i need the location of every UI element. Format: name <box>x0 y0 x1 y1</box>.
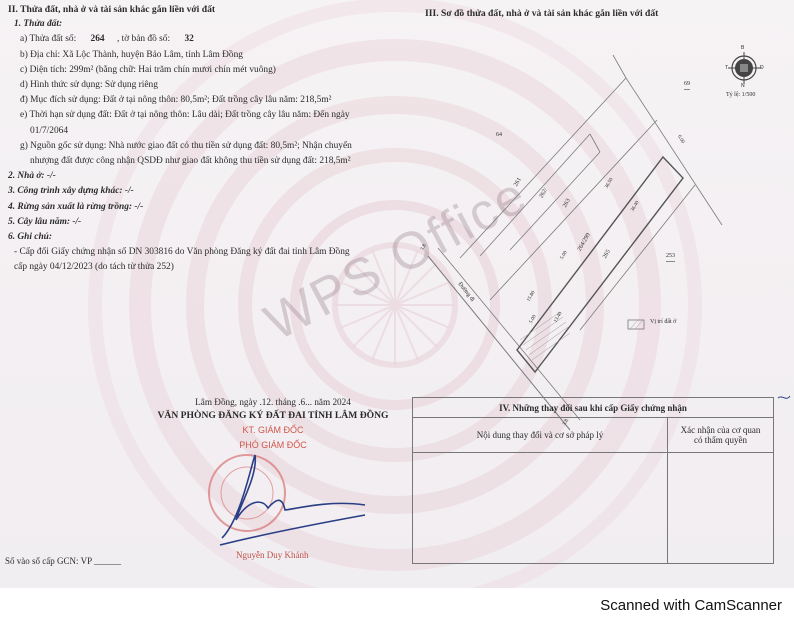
address-line: b) Địa chỉ: Xã Lộc Thành, huyện Bảo Lâm,… <box>8 48 352 63</box>
parcel-line: a) Thửa đất số: 264 , tờ bản đồ số: 32 <box>8 32 352 47</box>
parcel-label-253: 253 <box>666 252 675 262</box>
section-2: II. Thửa đất, nhà ở và tài sản khác gắn … <box>8 2 352 276</box>
changes-table: IV. Những thay đổi sau khi cấp Giấy chứn… <box>412 397 774 564</box>
map-sheet-number: 32 <box>184 34 193 44</box>
section-2-title: II. Thửa đất, nhà ở và tài sản khác gắn … <box>8 2 352 17</box>
certificate-page: WPS Office II. Thửa đất, nhà ở và tài sả… <box>0 0 794 588</box>
changes-table-title: IV. Những thay đổi sau khi cấp Giấy chứn… <box>413 398 774 418</box>
usage-term-line: e) Thời hạn sử dụng đất: Đất ở tại nông … <box>8 108 352 123</box>
usage-purpose-line: đ) Mục đích sử dụng: Đất ở tại nông thôn… <box>8 93 352 108</box>
date-line: Lâm Đồng, ngày .12. tháng .6... năm 2024 <box>138 395 408 409</box>
registry-number: Số vào sổ cấp GCN: VP ______ <box>5 554 121 569</box>
compass-icon <box>728 52 760 84</box>
office-name: VĂN PHÒNG ĐĂNG KÝ ĐẤT ĐAI TỈNH LÂM ĐỒNG <box>138 409 408 423</box>
parcel-label-64: 64 <box>496 128 502 143</box>
compass-east: Đ <box>760 65 764 71</box>
parcel-label: a) Thửa đất số: <box>20 34 76 44</box>
origin-line-2: nhượng đất được công nhận QSDĐ như giao … <box>8 154 352 169</box>
role-1: KT. GIÁM ĐỐC <box>138 423 408 438</box>
scale-label: Tỷ lệ: 1/500 <box>726 88 755 103</box>
signature-block: Lâm Đồng, ngày .12. tháng .6... năm 2024… <box>138 395 408 453</box>
other-construction-line: 3. Công trình xây dựng khác: -/- <box>8 184 352 199</box>
area-line: c) Diện tích: 299m² (bằng chữ: Hai trăm … <box>8 63 352 78</box>
map-sheet-label: , tờ bản đồ số: <box>117 34 170 44</box>
parcel-label-69: 69 <box>684 80 690 90</box>
compass-north: B <box>741 45 744 51</box>
usage-form-line: d) Hình thức sử dụng: Sử dụng riêng <box>8 78 352 93</box>
changes-row-confirmation-empty <box>668 453 774 564</box>
notes-line-2: cấp ngày 04/12/2023 (do tách từ thửa 252… <box>8 260 352 275</box>
confirmation-line-1: Xác nhận của cơ quan <box>670 425 771 435</box>
house-line: 2. Nhà ở: -/- <box>8 169 352 184</box>
origin-line: g) Nguồn gốc sử dụng: Nhà nước giao đất … <box>8 139 352 154</box>
parcel-number: 264 <box>91 34 105 44</box>
notes-heading: 6. Ghi chú: <box>8 230 352 245</box>
perennial-line: 5. Cây lâu năm: -/- <box>8 215 352 230</box>
legend-label: Vị trí đất ở <box>650 318 676 327</box>
notes-line-1: - Cấp đổi Giấy chứng nhận số DN 303816 d… <box>8 245 352 260</box>
camscanner-footer: Scanned with CamScanner <box>600 597 782 614</box>
changes-row-content-empty <box>413 453 668 564</box>
compass-west: T <box>725 65 728 71</box>
section-3-title: III. Sơ đồ thửa đất, nhà ở và tài sản kh… <box>425 6 658 21</box>
confirmation-line-2: có thẩm quyền <box>670 435 771 445</box>
role-2: PHÓ GIÁM ĐỐC <box>138 438 408 453</box>
land-heading: 1. Thửa đất: <box>8 17 352 32</box>
changes-col-content: Nội dung thay đổi và cơ sở pháp lý <box>413 418 668 453</box>
signer-name: Nguyễn Duy Khánh <box>236 548 309 563</box>
usage-term-line-2: 01/7/2064 <box>8 124 352 139</box>
changes-col-confirmation: Xác nhận của cơ quan có thẩm quyền <box>668 418 774 453</box>
forest-line: 4. Rừng sản xuất là rừng trồng: -/- <box>8 200 352 215</box>
